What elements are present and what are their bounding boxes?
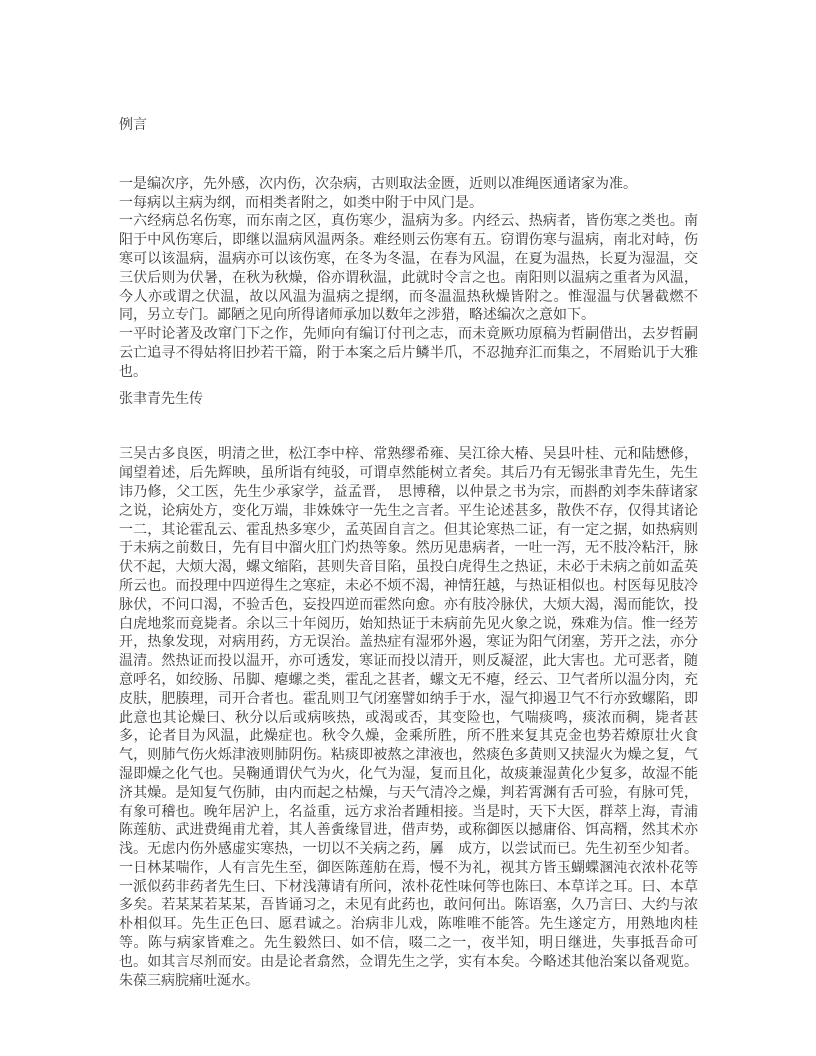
preface-item-4: 一平时论著及改窜门下之作，先师向有编订付刊之志，而未竟厥功原稿为哲嗣借出，去岁哲… xyxy=(119,326,698,382)
preface-item-2: 一每病以主病为纲，而相类者附之，如类中附于中风门是。 xyxy=(119,195,698,214)
biography-section-heading: 张聿青先生传 xyxy=(119,391,698,410)
preface-item-3: 一六经病总名伤寒，而东南之区，真伤寒少，温病为多。内经云、热病者，皆伤寒之类也。… xyxy=(119,213,698,326)
preface-section-heading: 例言 xyxy=(119,117,698,136)
preface-item-1: 一是编次序，先外感，次内伤，次杂病，古则取法金匮，近则以准绳医通诸家为准。 xyxy=(119,176,698,195)
document-page: 例言 一是编次序，先外感，次内伤，次杂病，古则取法金匮，近则以准绳医通诸家为准。… xyxy=(0,0,816,1056)
preface-section: 一是编次序，先外感，次内伤，次杂病，古则取法金匮，近则以准绳医通诸家为准。 一每… xyxy=(119,176,698,383)
biography-paragraph: 三吴古多良医，明清之世，松江李中梓、常熟缪希雍、吴江徐大椿、吴县叶桂、元和陆懋修… xyxy=(119,446,698,991)
biography-section: 三吴古多良医，明清之世，松江李中梓、常熟缪希雍、吴江徐大椿、吴县叶桂、元和陆懋修… xyxy=(119,446,698,991)
